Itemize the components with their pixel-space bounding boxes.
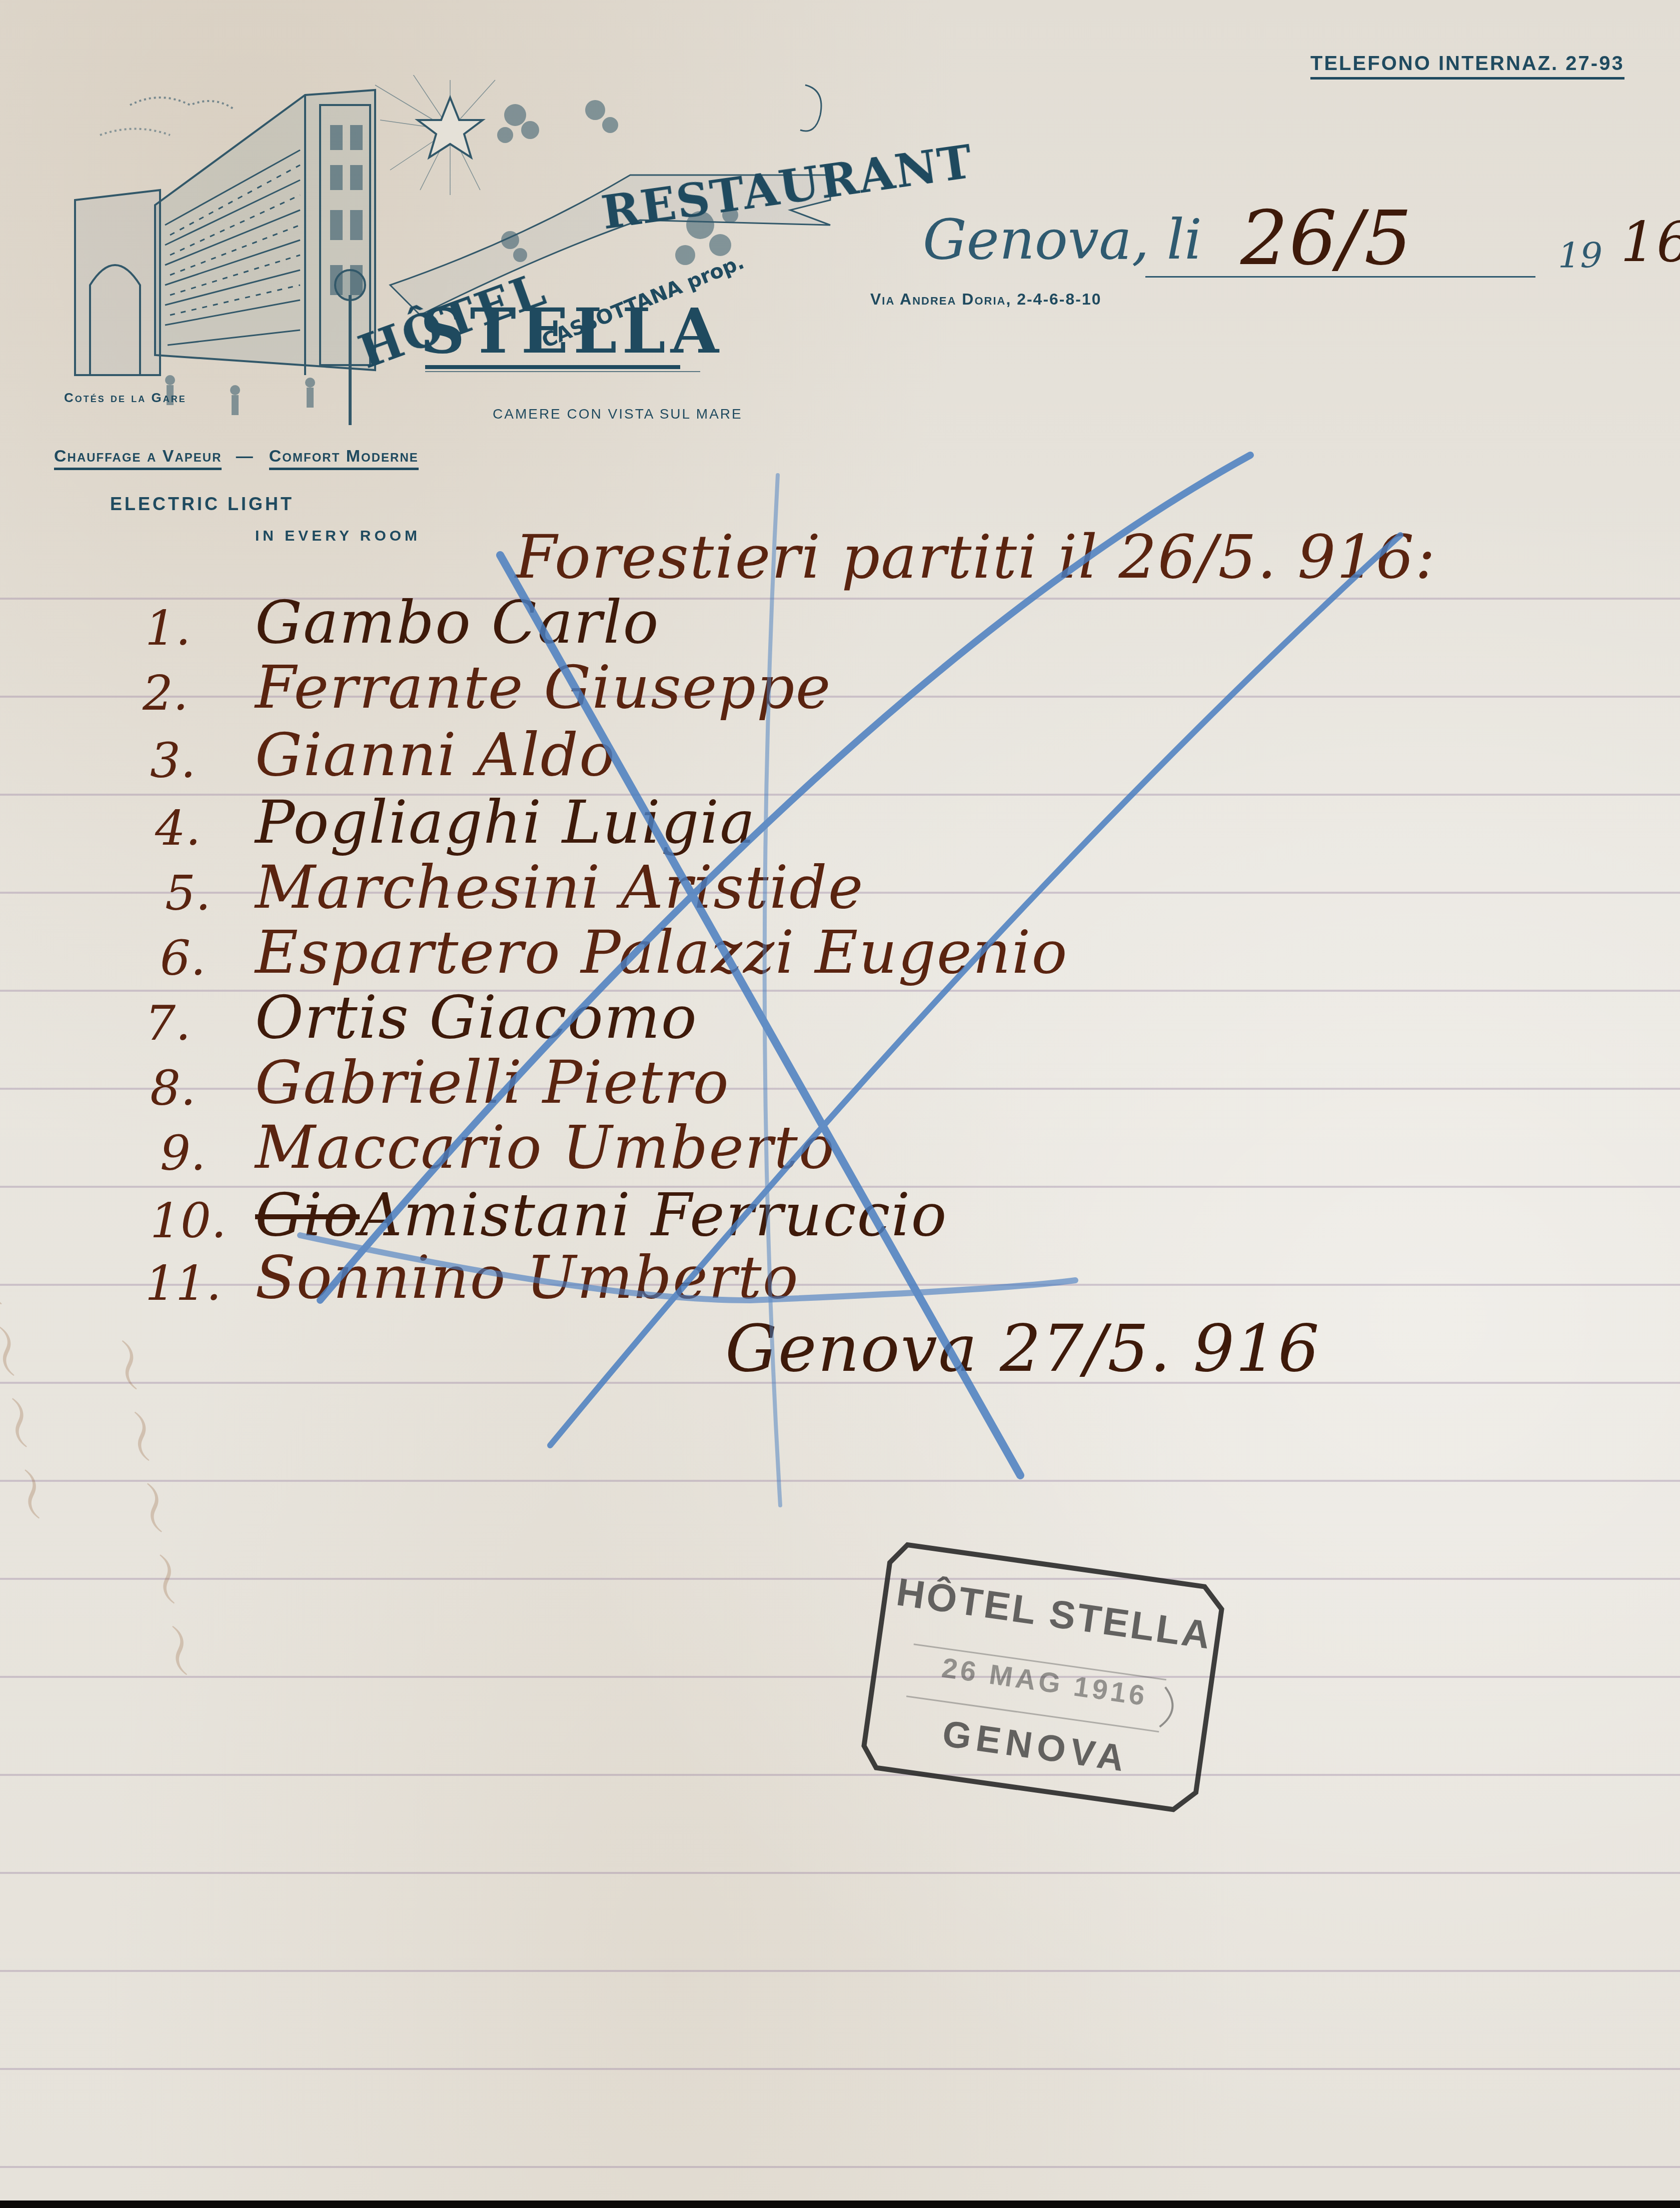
guest-number: 8. — [150, 1060, 196, 1116]
guest-number: 4. — [155, 800, 201, 856]
guest-number: 9. — [160, 1125, 206, 1181]
guest-number: 5. — [165, 865, 211, 921]
guest-number: 1. — [145, 600, 191, 656]
handwritten-date: 26/5 — [1240, 195, 1413, 282]
guest-name: Gabrielli Pietro — [255, 1048, 730, 1117]
ruled-line — [0, 794, 1680, 796]
guest-name: Espartero Palazzi Eugenio — [255, 918, 1068, 987]
struck-prefix: Gio — [255, 1180, 360, 1249]
ruled-line — [0, 2166, 1680, 2168]
ruled-line — [0, 696, 1680, 698]
scan-border — [0, 2200, 1680, 2208]
printed-place-genova: Genova, li — [923, 208, 1202, 272]
ruled-line — [0, 1970, 1680, 1972]
guest-name-text: Sonnino Umberto — [255, 1243, 799, 1312]
location-note: Cotés de la Gare — [64, 390, 187, 406]
ruled-line — [0, 1578, 1680, 1580]
guest-name: GioAmistani Ferruccio — [255, 1180, 947, 1249]
guest-name: Gianni Aldo — [255, 720, 616, 789]
brand-underline — [425, 365, 680, 369]
list-heading: Forestieri partiti il 26/5. 916: — [515, 523, 1436, 592]
handwritten-year-suffix: 16 — [1620, 210, 1680, 274]
guest-name: Sonnino Umberto — [255, 1243, 799, 1312]
guest-name: Pogliaghi Luigia — [255, 788, 756, 857]
guest-number: 2. — [143, 665, 189, 721]
hotel-vignette-illustration: RESTAURANT HÔTEL CASSOTTANA prop. STELLA — [70, 75, 850, 425]
guest-name-text: Pogliaghi Luigia — [255, 788, 756, 857]
closing-place-date: Genova 27/5. 916 — [725, 1310, 1320, 1386]
guest-name: Maccario Umberto — [255, 1113, 835, 1182]
guest-number: 7. — [145, 995, 191, 1051]
address: Via Andrea Doria, 2-4-6-8-10 — [870, 290, 1102, 309]
guest-number: 11. — [145, 1255, 222, 1311]
bleed-through-text: 〜 〜 〜 〜 〜 — [87, 1325, 225, 1679]
guest-name-text: Gabrielli Pietro — [255, 1048, 730, 1117]
guest-name-text: Ferrante Giuseppe — [255, 653, 831, 722]
guest-number: 3. — [150, 733, 196, 789]
amenity-steam-heating: Chauffage a Vapeur — [54, 447, 222, 470]
guest-name-text: Marchesini Aristide — [255, 853, 864, 922]
brand-underline-thin — [425, 371, 700, 372]
telephone-number: TELEFONO INTERNAZ. 27-93 — [1310, 53, 1624, 80]
amenity-modern-comfort: Comfort Moderne — [269, 447, 419, 470]
brand-name-stella: STELLA — [420, 295, 724, 368]
ruled-line — [0, 598, 1680, 600]
guest-name-text: Ortis Giacomo — [255, 983, 698, 1052]
guest-name-text: Gambo Carlo — [255, 588, 659, 657]
guest-name-text: Gianni Aldo — [255, 720, 616, 789]
ruled-line — [0, 1284, 1680, 1286]
printed-year-prefix: 19 — [1558, 235, 1602, 276]
hotel-building-icon — [70, 75, 850, 425]
guest-name: Ortis Giacomo — [255, 983, 698, 1052]
amenity-separator: — — [236, 447, 255, 466]
guest-name-text: Espartero Palazzi Eugenio — [255, 918, 1068, 987]
ruled-line — [0, 2068, 1680, 2070]
guest-name: Gambo Carlo — [255, 588, 659, 657]
hotel-date-stamp: HÔTEL STELLA 26 MAG 1916 GENOVA — [855, 1532, 1235, 1824]
guest-name: Ferrante Giuseppe — [255, 653, 831, 722]
every-room-label: IN EVERY ROOM — [255, 528, 421, 545]
guest-name-text: Maccario Umberto — [255, 1113, 835, 1182]
electric-light-label: ELECTRIC LIGHT — [110, 494, 294, 515]
guest-name: Marchesini Aristide — [255, 853, 864, 922]
amenities-line: Chauffage a Vapeur — Comfort Moderne — [54, 447, 419, 466]
ruled-line — [0, 1088, 1680, 1090]
letter-sheet: 〜 〜 〜 〜 〜 〜 〜 〜 〜 TELEFONO INTERNAZ. 27-… — [0, 0, 1680, 2200]
ruled-line — [0, 990, 1680, 992]
ruled-line — [0, 1480, 1680, 1482]
sea-view-tagline: CAMERE CON VISTA SUL MARE — [493, 406, 743, 422]
guest-number: 6. — [160, 930, 206, 986]
ruled-line — [0, 1676, 1680, 1678]
guest-name-text: Amistani Ferruccio — [360, 1180, 947, 1249]
guest-number: 10. — [150, 1193, 227, 1249]
ruled-line — [0, 1872, 1680, 1874]
ruled-line — [0, 1774, 1680, 1776]
